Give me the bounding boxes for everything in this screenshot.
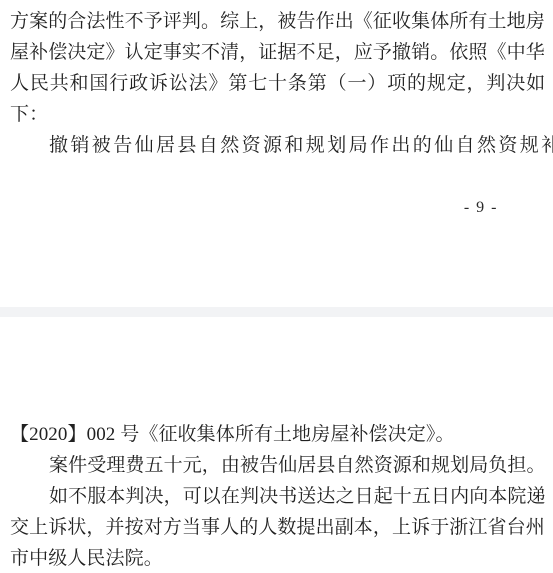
blank-line <box>10 161 545 192</box>
page-number: - 9 - <box>10 192 545 223</box>
text-line: 人民共和国行政诉讼法》第七十条第（一）项的规定，判决如 <box>10 68 545 99</box>
text-line: 【2020】002 号《征收集体所有土地房屋补偿决定》。 <box>10 419 545 450</box>
page-10: 【2020】002 号《征收集体所有土地房屋补偿决定》。 案件受理费五十元，由被… <box>0 317 553 573</box>
text-line: 交上诉状，并按对方当事人的人数提出副本，上诉于浙江省台州 <box>10 512 545 543</box>
text-line: 方案的合法性不予评判。综上，被告作出《征收集体所有土地房 <box>10 6 545 37</box>
page-separator <box>0 307 553 317</box>
text-line: 下： <box>10 99 545 130</box>
text-line: 如不服本判决，可以在判决书送达之日起十五日内向本院递 <box>10 481 545 512</box>
document-viewer: 方案的合法性不予评判。综上，被告作出《征收集体所有土地房 屋补偿决定》认定事实不… <box>0 0 553 573</box>
text-line: 案件受理费五十元，由被告仙居县自然资源和规划局负担。 <box>10 450 545 481</box>
text-line: 市中级人民法院。 <box>10 543 545 573</box>
text-line: 撤销被告仙居县自然资源和规划局作出的仙自然资规补 <box>10 130 545 161</box>
page-9: 方案的合法性不予评判。综上，被告作出《征收集体所有土地房 屋补偿决定》认定事实不… <box>0 0 553 307</box>
text-line: 屋补偿决定》认定事实不清，证据不足，应予撤销。依照《中华 <box>10 37 545 68</box>
